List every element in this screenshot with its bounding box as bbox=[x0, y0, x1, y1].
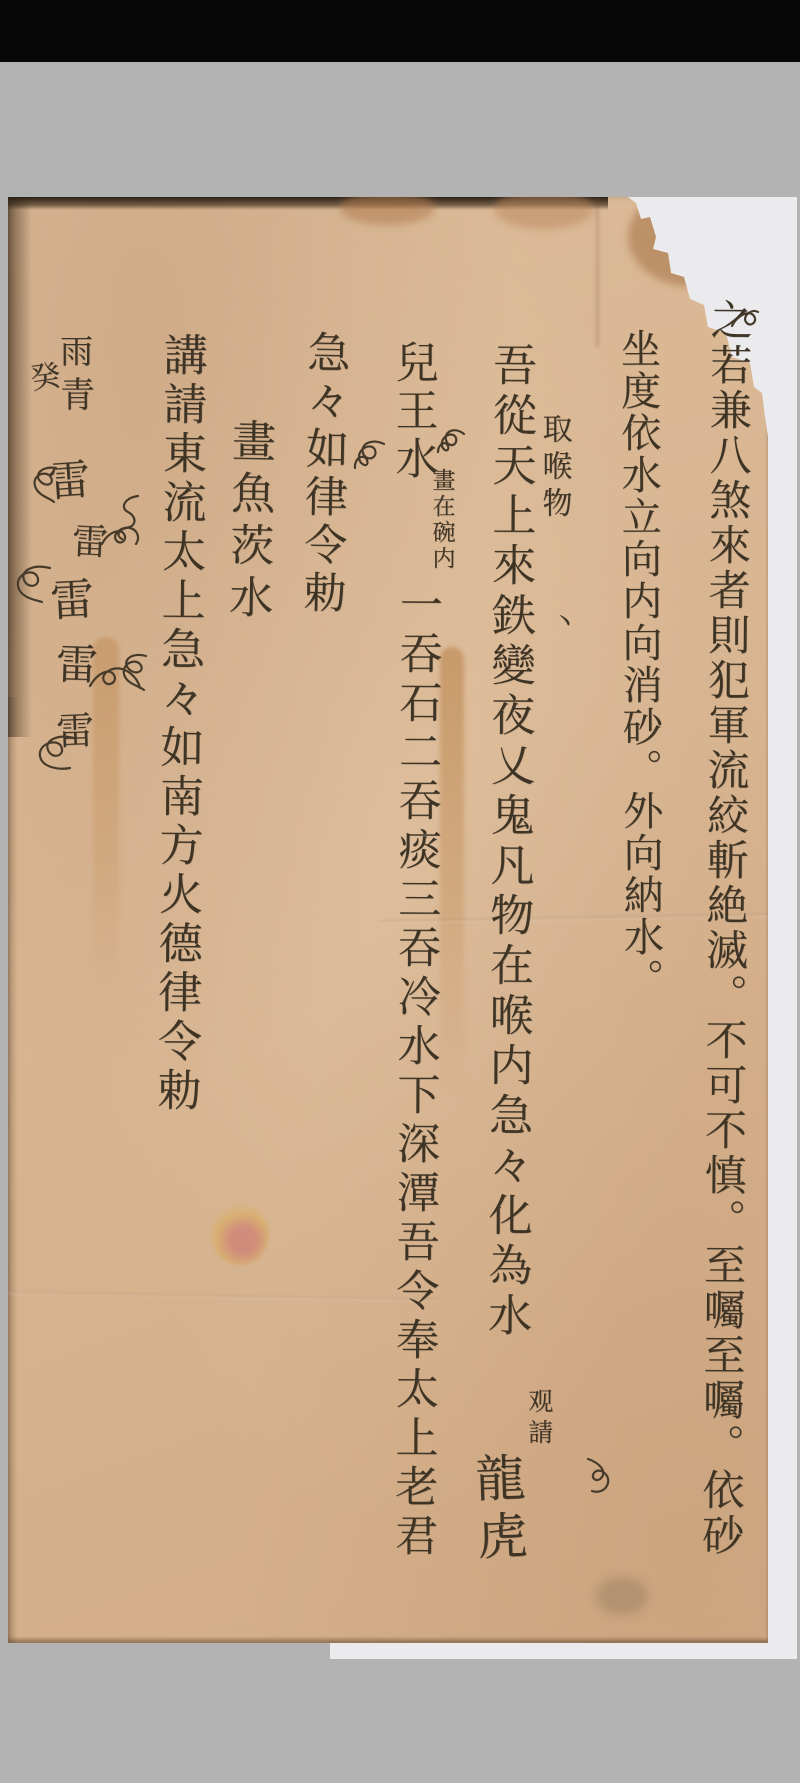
column-4-dragon-tiger: 龍虎 bbox=[466, 1451, 528, 1569]
spiral-flourish bbox=[86, 658, 144, 696]
column-1-geomancy-warning: 之若兼八煞來者則犯軍流絞斬絶滅。不可不慎。至囑至囑。依砂 bbox=[696, 298, 753, 1558]
column-5-swallow-charm: 一吞石二吞痰三吞冷水下深潭吾令奉太上老君 bbox=[387, 582, 442, 1562]
top-edge-stain bbox=[494, 189, 594, 229]
column-7-draw-fish-water: 畫魚茨水 bbox=[220, 418, 274, 627]
left-gutter-shadow-lower bbox=[8, 697, 18, 1643]
column-4-throat-charm-incantation: 吾從天上來鉄變夜乂鬼凡物在喉内急々化為水 bbox=[479, 342, 535, 1342]
spiral-flourish bbox=[728, 300, 762, 334]
spiral-flourish bbox=[28, 464, 62, 506]
top-edge-shadow bbox=[8, 197, 608, 210]
paper-crease bbox=[8, 1291, 438, 1302]
scanned-manuscript-page: { "document": { "description": "aged han… bbox=[0, 0, 800, 1783]
spiral-flourish bbox=[26, 732, 78, 774]
column-5-note-draw-in-bowl: 畫在碗内 bbox=[428, 468, 454, 572]
section-header-take-throat-object: 取喉物 bbox=[536, 413, 571, 524]
scan-top-black-band bbox=[0, 0, 800, 62]
talisman-composite-character: 癸 雨 青 bbox=[30, 330, 110, 430]
spiral-flourish bbox=[580, 1455, 616, 1495]
talisman-part-left: 癸 bbox=[27, 350, 63, 398]
thunder-character: 雷 bbox=[48, 563, 95, 629]
ink-wax-stain-blob bbox=[211, 1203, 269, 1265]
column-2-sitting-degree: 坐度依水立向内向消砂。外向納水。 bbox=[614, 328, 664, 1000]
column-8-invoke-east-stream: 講請東流太上急々如南方火德律令勅 bbox=[149, 332, 206, 1116]
smudge-stain bbox=[596, 1577, 648, 1615]
column-4-small-note-invite: 观請 bbox=[524, 1388, 553, 1450]
spiral-flourish bbox=[6, 562, 54, 606]
water-stain-streak bbox=[440, 647, 464, 1095]
spiral-flourish bbox=[346, 436, 390, 480]
talisman-part-bottom: 青 bbox=[60, 368, 95, 418]
talisman-part-top: 雨 bbox=[60, 326, 93, 373]
heavy-dot-mark: 丶 bbox=[546, 608, 576, 634]
spiral-flourish bbox=[98, 514, 142, 554]
spiral-flourish bbox=[430, 424, 470, 464]
paper-crease bbox=[596, 197, 599, 347]
column-6-urgent-edict: 急々如律令勅 bbox=[295, 330, 349, 619]
